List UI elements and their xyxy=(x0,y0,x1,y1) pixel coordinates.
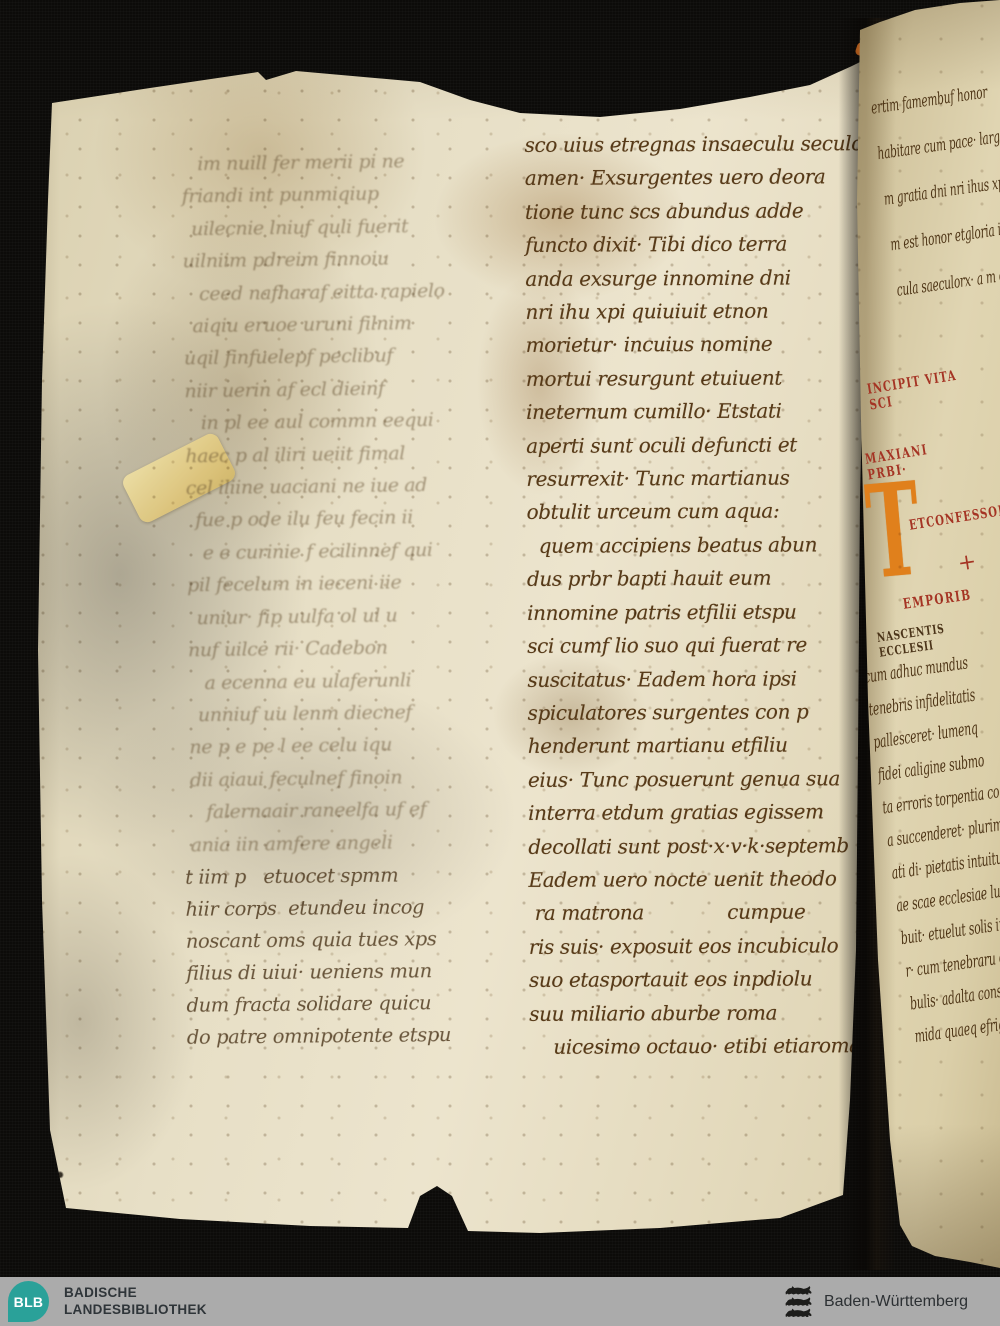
next-folio-top-column: ertim famembuf honorhabitare cum pace· l… xyxy=(868,67,1000,314)
faded-manuscript-line: ne p e pe l ee celu iqu xyxy=(189,727,519,764)
faded-manuscript-line: aiqiu eruoe uruni filnim xyxy=(192,306,513,343)
manuscript-line: obtulit urceum cum aqua: xyxy=(526,495,874,530)
faded-manuscript-line: in pl ee aul commn eequi xyxy=(201,403,515,440)
faded-manuscript-line: uniur· fip uulfa ol ul u xyxy=(196,597,517,634)
manuscript-line: innomine patris etfilii etspu xyxy=(527,595,875,630)
manuscript-line: uicesimo octauo· etibi etiaroma xyxy=(553,1029,877,1064)
verso-bleedthrough-column: im nuill fer merii pi nefriandi int punm… xyxy=(181,144,521,861)
manuscript-line: decollati sunt post·x·v·k·septemb xyxy=(528,829,876,864)
library-footer-bar: BLB BADISCHE LANDESBIBLIOTHEK Baden-Würt… xyxy=(0,1277,1000,1326)
faded-manuscript-line: ania iin amfere angeli xyxy=(191,824,521,861)
digitized-manuscript-page: im nuill fer merii pi nefriandi int punm… xyxy=(0,0,1000,1326)
manuscript-line: sci cumf lio suo qui fuerat re xyxy=(527,628,875,663)
manuscript-line: nri ihu xpi quiuiuit etnon xyxy=(525,294,873,329)
manuscript-line: suu miliario aburbe roma xyxy=(529,996,877,1031)
rubric-incipit-line3: ETCONFESSORIS· xyxy=(908,500,1000,534)
faded-manuscript-line: uilniim pdreim finnoiu xyxy=(182,241,512,278)
library-name-line2: LANDESBIBLIOTHEK xyxy=(64,1301,207,1318)
manuscript-line: morietur· incuius nomine xyxy=(526,328,874,363)
manuscript-line: functo dixit· Tibi dico terra xyxy=(525,227,873,262)
state-name-label: Baden-Württemberg xyxy=(824,1293,968,1311)
faded-manuscript-line: pil fecelum in ieceni iie xyxy=(187,565,517,602)
main-text-column: sco uius etregnas insaeculu seculorxamen… xyxy=(525,127,878,1064)
baden-wuerttemberg-coat-of-arms-icon xyxy=(784,1284,814,1320)
verso-legible-tail-column: t iim p etuocet spmmhiir corps etundeu i… xyxy=(185,858,527,1054)
faded-manuscript-line: cel iliine uaciani ne iue ad xyxy=(186,468,516,505)
manuscript-line: ris suis· exposuit eos incubiculo xyxy=(529,929,877,964)
manuscript-line: suscitatus· Eadem hora ipsi xyxy=(527,662,875,697)
faded-manuscript-line: e e curinie f ecilinnef qui xyxy=(202,533,516,570)
manuscript-line: ra matrona cumpue xyxy=(535,895,877,930)
faded-manuscript-line: unniuf uu lenm diecnef xyxy=(198,695,519,732)
blb-logo-monogram: BLB xyxy=(14,1294,44,1310)
manuscript-line: mortui resurgunt etuiuent xyxy=(526,361,874,396)
faded-manuscript-line: uqil finfuelepf peclibuf xyxy=(184,338,514,375)
manuscript-line: tione tunc scs abundus adde xyxy=(525,194,873,229)
manuscript-line: do patre omnipotente etspu xyxy=(187,1018,527,1054)
rubric-cross-mark: + xyxy=(956,549,978,577)
manuscript-line: henderunt martianu etfiliu xyxy=(528,728,876,763)
manuscript-line: dus prbr bapti hauit eum xyxy=(527,561,875,596)
manuscript-line: dum fracta solidare quicu xyxy=(186,986,526,1022)
manuscript-line: t iim p etuocet spmm xyxy=(185,858,525,894)
library-name: BADISCHE LANDESBIBLIOTHEK xyxy=(64,1284,207,1318)
faded-manuscript-line: friandi int punmiqiup xyxy=(181,176,511,213)
faded-manuscript-line: a ecenna eu ulaferunli xyxy=(204,662,518,699)
manuscript-line: Eadem uero nocte uenit theodo xyxy=(528,862,876,897)
manuscript-line: quem accipiens beatus abun xyxy=(539,528,875,563)
faded-manuscript-line: ceed nafharaf eitta rapielo xyxy=(199,273,513,310)
manuscript-line: spiculatores surgentes con p xyxy=(528,695,876,730)
faded-manuscript-line: dii aiaui feculnef finoin xyxy=(190,759,520,796)
faded-manuscript-line: nuf uilce rii· Cadebon xyxy=(188,630,518,667)
manuscript-line: amen· Exsurgentes uero deora xyxy=(525,161,873,196)
next-folio-lower-column: cum adhuc mundustenebris infidelitatispa… xyxy=(862,640,1000,1055)
rubric-incipit-line1: INCIPIT VITA SCI xyxy=(866,367,966,414)
manuscript-line: resurrexit· Tunc martianus xyxy=(526,461,874,496)
faded-manuscript-line: fue p ode ilu feu fecin ii xyxy=(195,500,516,537)
manuscript-line: hiir corps etundeu incog xyxy=(185,890,525,926)
manuscript-line: interra etdum gratias egissem xyxy=(528,795,876,830)
manuscript-line: anda exsurge innomine dni xyxy=(525,261,873,296)
manuscript-left-leaf: im nuill fer merii pi nefriandi int punm… xyxy=(0,0,1000,1277)
faded-manuscript-line: im nuill fer merii pi ne xyxy=(197,144,511,181)
manuscript-line: sco uius etregnas insaeculu seculorx xyxy=(525,127,873,162)
manuscript-line: filius di uiui· ueniens mun xyxy=(186,954,526,990)
manuscript-line: aperti sunt oculi defuncti et xyxy=(526,428,874,463)
state-brand: Baden-Württemberg xyxy=(784,1283,968,1321)
faded-manuscript-line: niir uerin af ecl dieinf xyxy=(184,371,514,408)
manuscript-line: noscant oms quia tues xps xyxy=(186,922,526,958)
faded-manuscript-line: uilecnie lniuf quli fuerit xyxy=(191,209,512,246)
faded-manuscript-line: haec p al iliri ueiit fimal xyxy=(185,435,515,472)
manuscript-line: eius· Tunc posuerunt genua sua xyxy=(528,762,876,797)
manuscript-next-folio-edge: ertim famembuf honorhabitare cum pace· l… xyxy=(850,0,1000,1277)
blb-logo: BLB xyxy=(8,1281,49,1322)
manuscript-line: ineternum cumillo· Etstati xyxy=(526,394,874,429)
library-name-line1: BADISCHE xyxy=(64,1284,207,1301)
faded-manuscript-line: falernaair raneelfa uf ef xyxy=(206,792,520,829)
manuscript-line: suo etasportauit eos inpdiolu xyxy=(529,962,877,997)
